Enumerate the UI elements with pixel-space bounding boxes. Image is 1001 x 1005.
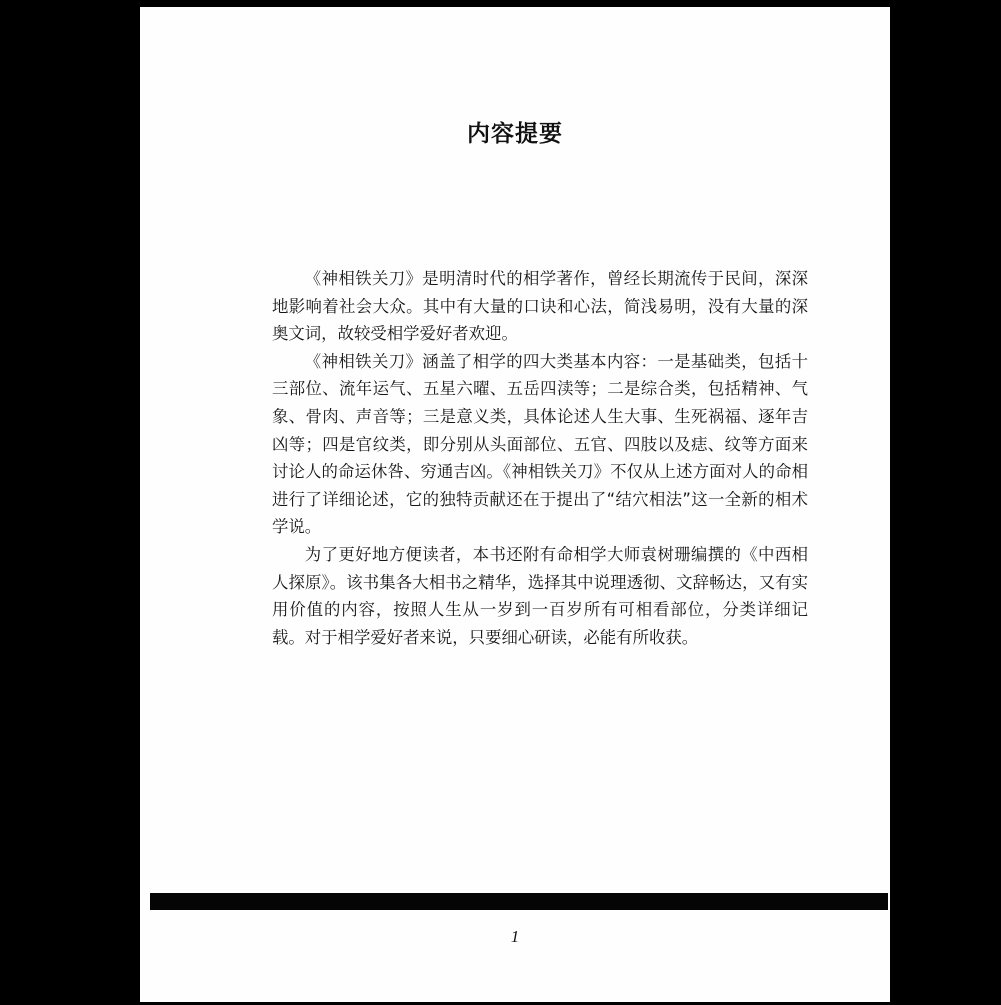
page-number: 1 xyxy=(140,927,890,947)
document-page: 内容提要 《神相铁关刀》是明清时代的相学著作，曾经长期流传于民间，深深地影响着社… xyxy=(140,7,890,1002)
paragraph: 《神相铁关刀》是明清时代的相学著作，曾经长期流传于民间，深深地影响着社会大众。其… xyxy=(272,265,808,348)
footer-divider-bar xyxy=(150,893,888,910)
page-title: 内容提要 xyxy=(140,115,890,148)
paragraph: 《神相铁关刀》涵盖了相学的四大类基本内容：一是基础类，包括十三部位、流年运气、五… xyxy=(272,348,808,541)
summary-body: 《神相铁关刀》是明清时代的相学著作，曾经长期流传于民间，深深地影响着社会大众。其… xyxy=(272,265,808,651)
paragraph: 为了更好地方便读者，本书还附有命相学大师袁树珊编撰的《中西相人探原》。该书集各大… xyxy=(272,541,808,651)
